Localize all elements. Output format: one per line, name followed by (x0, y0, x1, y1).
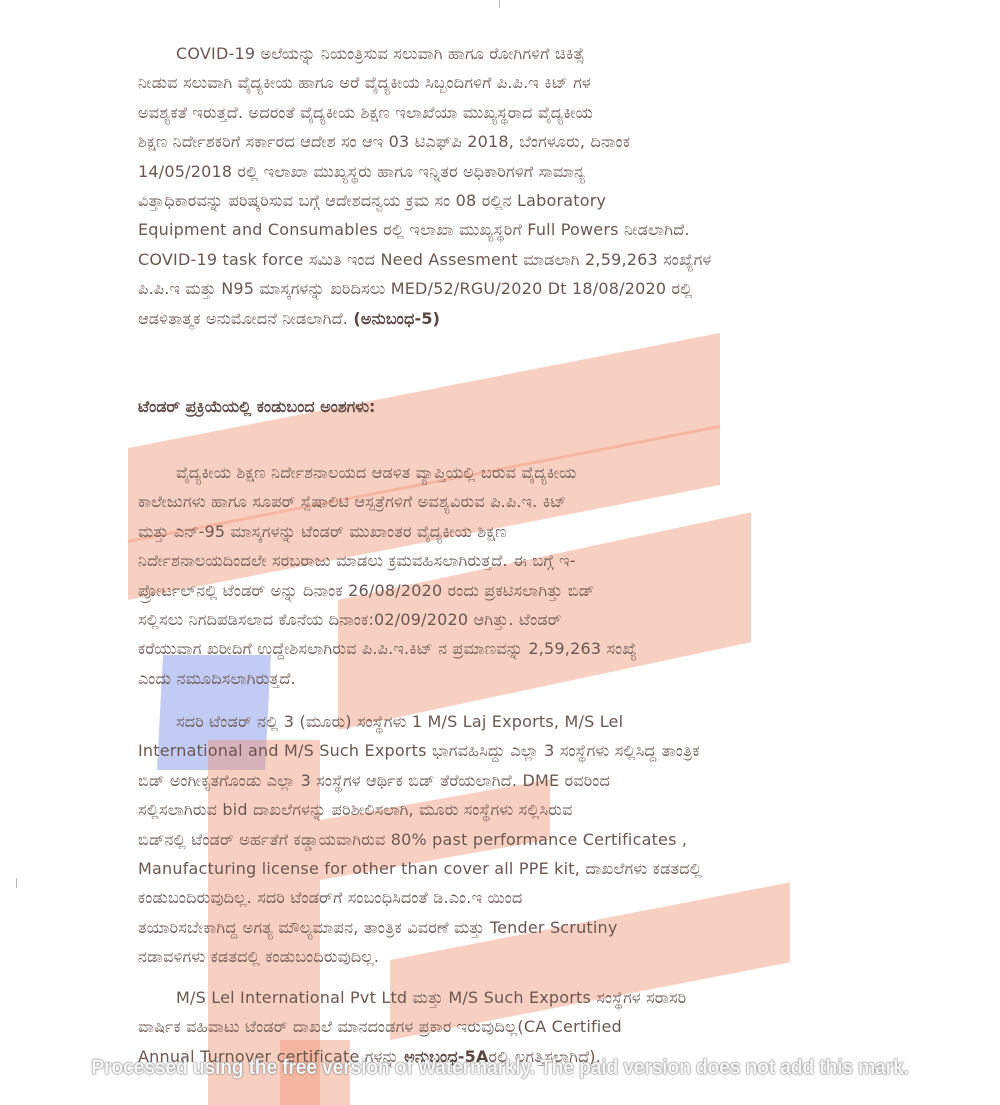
text-line: ಪಿ.ಪಿ.ಇ ಮತ್ತು N95 ಮಾಸ್ಕಗಳನ್ನು ಖರಿದಿಸಲು M… (138, 274, 860, 303)
text-line: ಆಡಳಿತಾತ್ಮಕ ಅನುಮೋದನೆ ನೀಡಲಾಗಿದೆ. (ಅನುಬಂಧ-5… (138, 304, 860, 333)
text-line: International and M/S Such Exports ಭಾಗವಹ… (138, 736, 860, 765)
annexure-reference: (ಅನುಬಂಧ-5) (353, 309, 440, 328)
text-fragment: ಆಡಳಿತಾತ್ಮಕ ಅನುಮೋದನೆ ನೀಡಲಾಗಿದೆ. (138, 309, 348, 328)
text-line: ಅವಶ್ಯಕತೆ ಇರುತ್ತದೆ. ಅದರಂತೆ ವೈದ್ಯಕೀಯ ಶಿಕ್ಷ… (138, 98, 860, 127)
paragraph-tender-process: ವೈದ್ಯಕೀಯ ಶಿಕ್ಷಣ ನಿರ್ದೇಶನಾಲಯದ ಆಡಳಿತ ವ್ಯಾಪ… (138, 458, 860, 693)
text-line: ಸಲ್ಲಿಸಲು ನಿಗದಿಪಡಿಸಲಾದ ಕೊನೆಯ ದಿನಾಂಕ:02/09… (138, 605, 860, 634)
text-line: ಕಂಡುಬಂದಿರುವುದಿಲ್ಲ. ಸದರಿ ಟೆಂಡರ್‌ಗೆ ಸಂಬಂಧಿ… (138, 883, 860, 912)
text-line: ನಡಾವಳಿಗಳು ಕಡತದಲ್ಲಿ ಕಂಡುಬಂದಿರುವುದಿಲ್ಲ. (138, 942, 860, 971)
text-line: ನೀಡುವ ಸಲುವಾಗಿ ವೈದ್ಯಕೀಯ ಹಾಗೂ ಅರೆ ವೈದ್ಯಕೀಯ… (138, 68, 860, 97)
text-line: ಸದರಿ ಟೆಂಡರ್ ನಲ್ಲಿ 3 (ಮೂರು) ಸಂಸ್ಥೆಗಳು 1 M… (138, 707, 860, 736)
text-line: ಕಾಲೇಜುಗಳು ಹಾಗೂ ಸೂಪರ್ ಸ್ಪೆಷಾಲಿಟಿ ಆಸ್ಪತ್ರೆ… (138, 487, 860, 516)
text-line: Equipment and Consumables ರಲ್ಲಿ ಇಲಾಖಾ ಮು… (138, 215, 860, 244)
text-line: COVID-19 task force ಸಮಿತಿ ಇಂದ Need Asses… (138, 245, 860, 274)
section-heading-tender-findings: ಟೆಂಡರ್ ಪ್ರಕ್ರಿಯೆಯಲ್ಲಿ ಕಂಡುಬಂದ ಅಂಶಗಳು: (138, 397, 375, 417)
paragraph-bidders: ಸದರಿ ಟೆಂಡರ್ ನಲ್ಲಿ 3 (ಮೂರು) ಸಂಸ್ಥೆಗಳು 1 M… (138, 707, 860, 972)
text-line: ವಿತ್ತಾಧಿಕಾರವನ್ನು ಪರಿಷ್ಕರಿಸುವ ಬಗ್ಗೆ ಆದೇಶದ… (138, 186, 860, 215)
text-line: ಶಿಕ್ಷಣ ನಿರ್ದೇಶಕರಿಗೆ ಸರ್ಕಾರದ ಆದೇಶ ಸಂ ಆಇ 0… (138, 127, 860, 156)
text-line: Manufacturing license for other than cov… (138, 854, 860, 883)
text-line: ಎಂದು ನಮೂದಿಸಲಾಗಿರುತ್ತದೆ. (138, 664, 860, 693)
watermark-notice: Processed using the free version of Wate… (35, 1056, 965, 1080)
text-line: ಸಲ್ಲಿಸಲಾಗಿರುವ bid ದಾಖಲೆಗಳನ್ನು ಪರಿಶೀಲಿಸಲಾ… (138, 795, 860, 824)
text-line: COVID-19 ಅಲೆಯನ್ನು ನಿಯಂತ್ರಿಸುವ ಸಲುವಾಗಿ ಹಾ… (138, 39, 860, 68)
paragraph-covid-approval: COVID-19 ಅಲೆಯನ್ನು ನಿಯಂತ್ರಿಸುವ ಸಲುವಾಗಿ ಹಾ… (138, 39, 860, 333)
text-line: ಬಿಡ್ ಅಂಗೀಕೃತಗೊಂಡು ಎಲ್ಲಾ 3 ಸಂಸ್ಥೆಗಳ ಆರ್ಥಿ… (138, 766, 860, 795)
scanned-document-page: COVID-19 ಅಲೆಯನ್ನು ನಿಯಂತ್ರಿಸುವ ಸಲುವಾಗಿ ಹಾ… (0, 0, 1000, 1105)
text-line: ಪ್ರೋರ್ಟಲ್‌ನಲ್ಲಿ ಟೆಂಡರ್ ಅನ್ನು ದಿನಾಂಕ 26/0… (138, 576, 860, 605)
text-line: ತಯಾರಿಸಬೇಕಾಗಿದ್ದ ಅಗತ್ಯ ಮೌಲ್ಯಮಾಪನ, ತಾಂತ್ರಿ… (138, 913, 860, 942)
text-line: ನಿರ್ದೇಶನಾಲಯದಿಂದಲೇ ಸರಬರಾಜು ಮಾಡಲು ಕ್ರಮವಹಿಸ… (138, 546, 860, 575)
text-line: 14/05/2018 ರಲ್ಲಿ ಇಲಾಖಾ ಮುಖ್ಯಸ್ಥರು ಹಾಗೂ ಇ… (138, 157, 860, 186)
text-line: ವೈದ್ಯಕೀಯ ಶಿಕ್ಷಣ ನಿರ್ದೇಶನಾಲಯದ ಆಡಳಿತ ವ್ಯಾಪ… (138, 458, 860, 487)
text-line: ಬಿಡ್‌ನಲ್ಲಿ ಟೆಂಡರ್ ಅರ್ಹತೆಗೆ ಕಡ್ಡಾಯವಾಗಿರುವ… (138, 825, 860, 854)
text-line: ವಾರ್ಷಿಕ ವಹಿವಾಟು ಟೆಂಡರ್ ದಾಖಲೆ ಮಾನದಂಡಗಳ ಪ್… (138, 1012, 860, 1041)
text-line: ಮತ್ತು ಎನ್-95 ಮಾಸ್ಕಗಳನ್ನು ಟೆಂಡರ್ ಮುಖಾಂತರ … (138, 517, 860, 546)
text-line: ಕರೆಯುವಾಗ ಖರೀದಿಗೆ ಉದ್ದೇಶಿಸಲಾಗಿರುವ ಪಿ.ಪಿ.ಇ… (138, 634, 860, 663)
text-line: M/S Lel International Pvt Ltd ಮತ್ತು M/S … (138, 983, 860, 1012)
